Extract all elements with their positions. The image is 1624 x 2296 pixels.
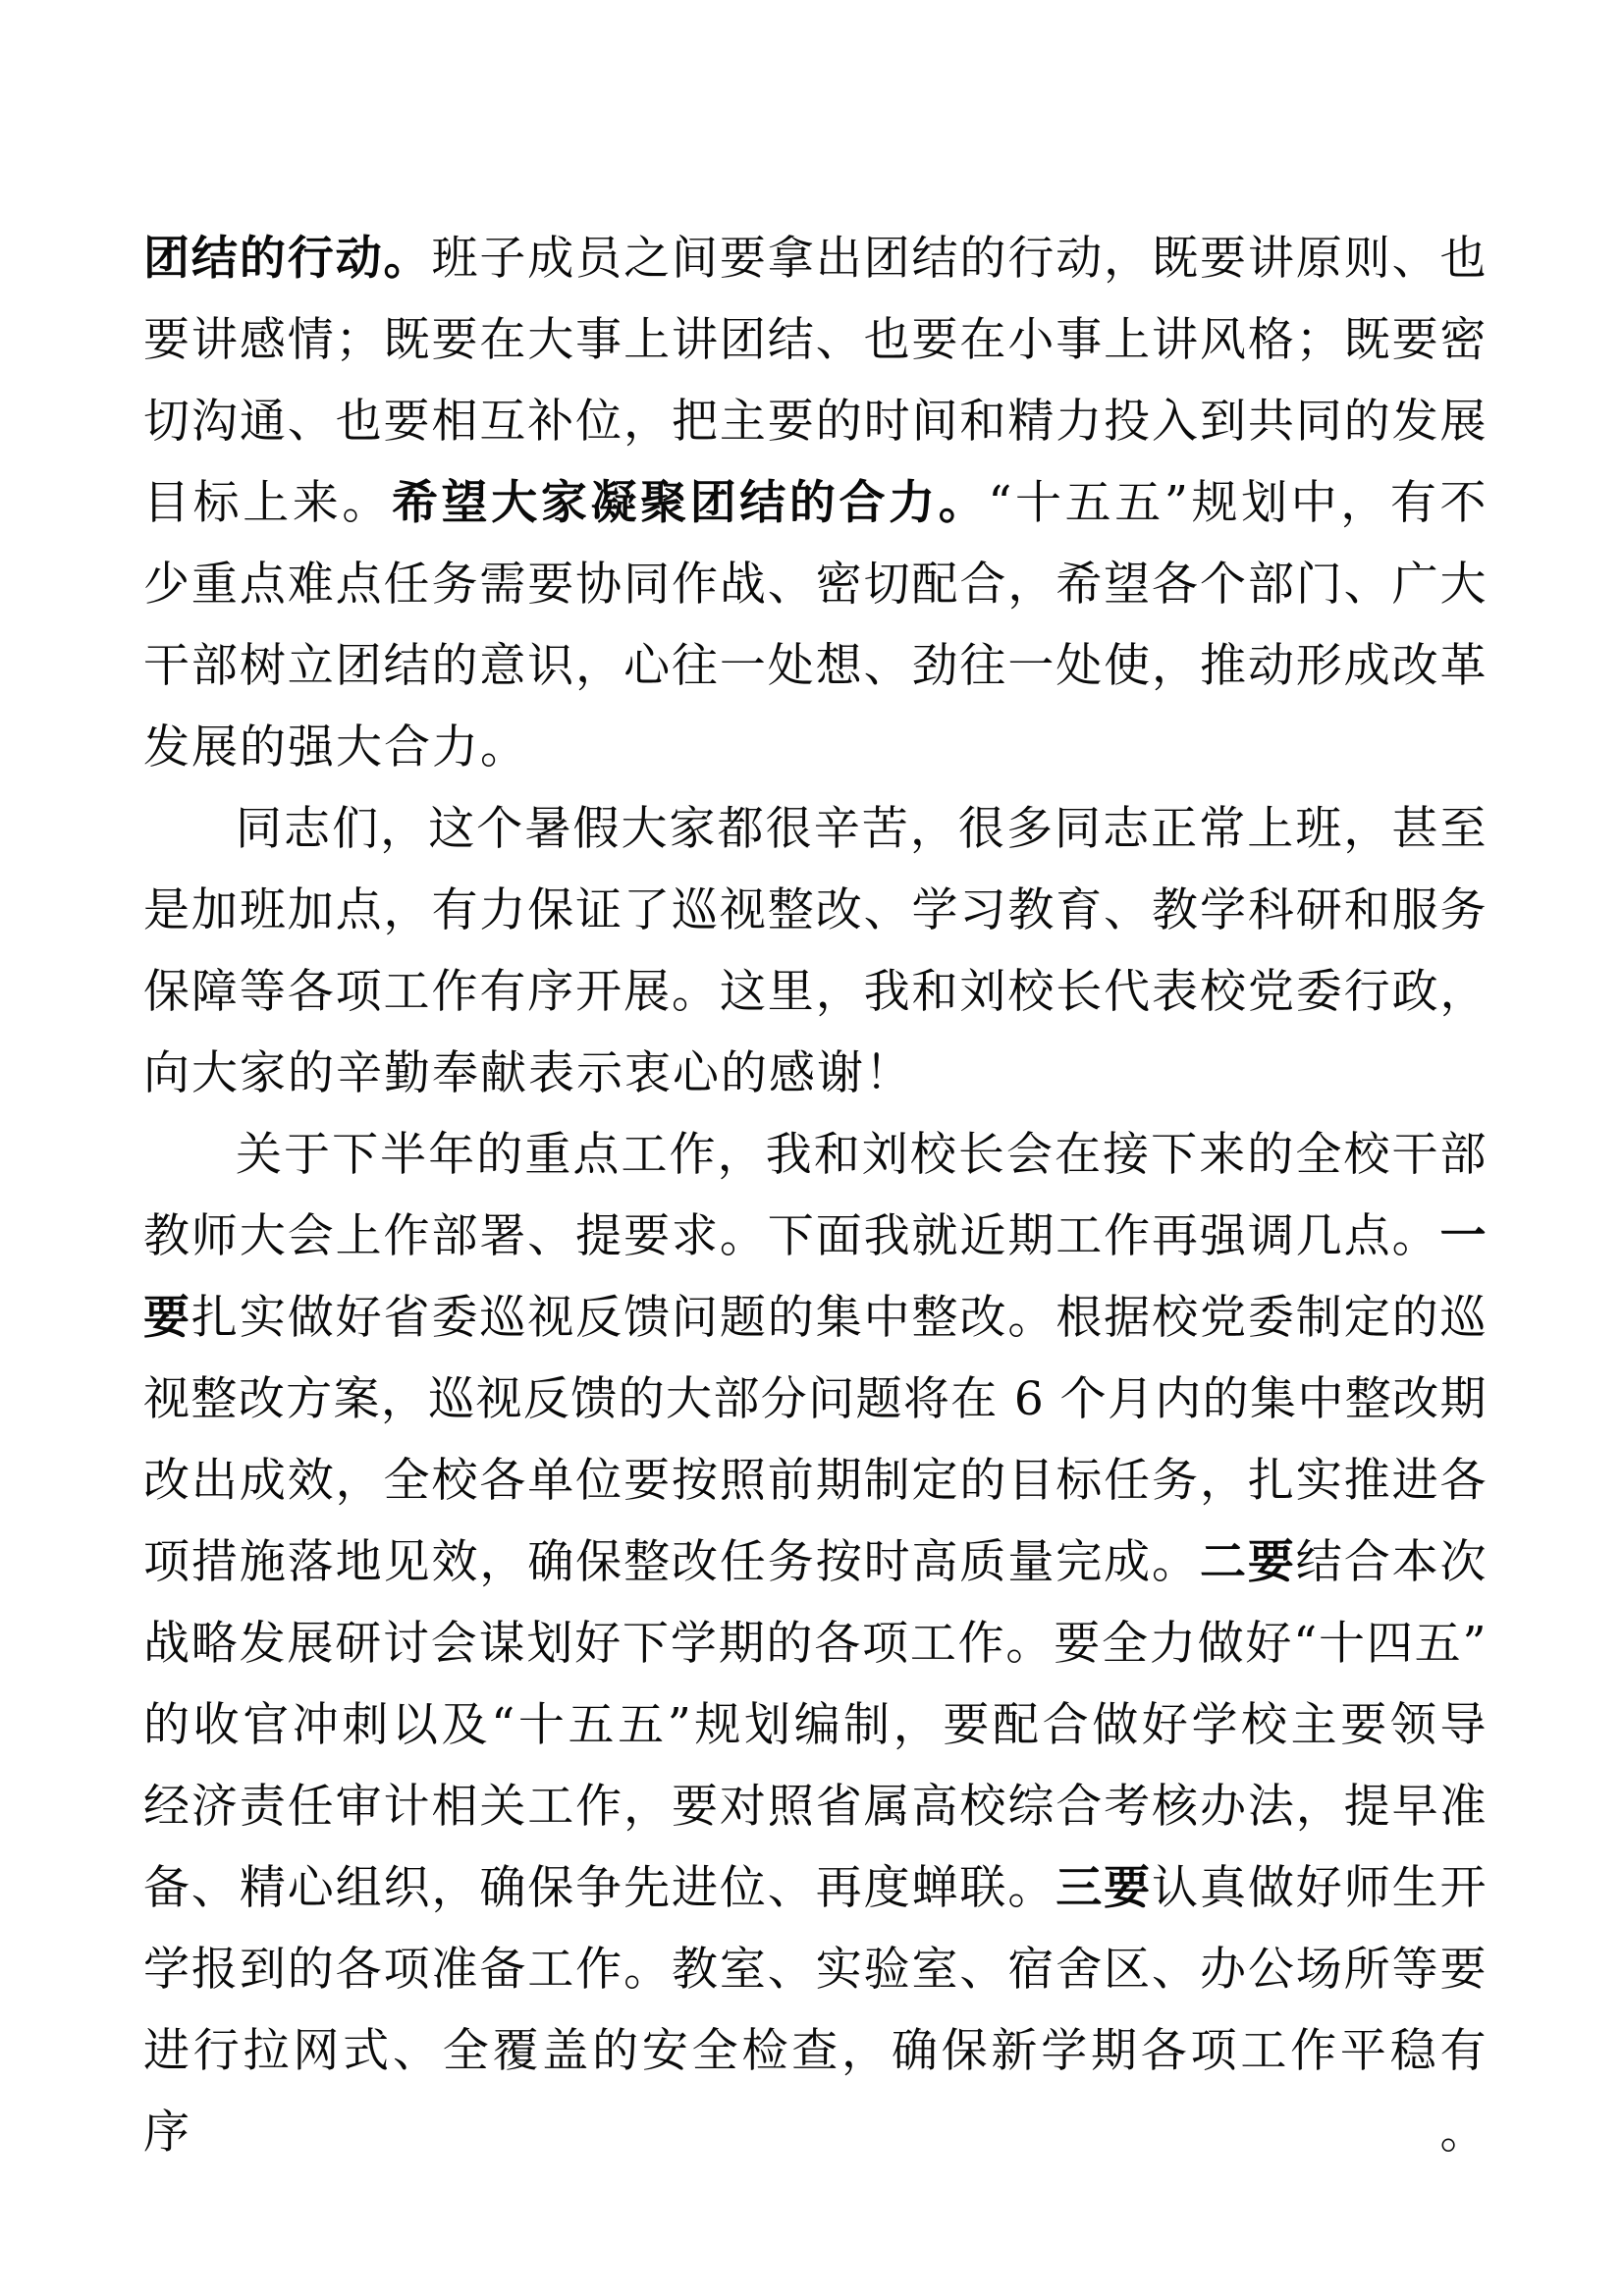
text-line: 向大家的辛勤奉献表示衷心的感谢！ (143, 1033, 1487, 1114)
text-segment: 备、精心组织，确保争先进位、再度蝉联。 (143, 1861, 1056, 1915)
text-line: 团结的行动。班子成员之间要拿出团结的行动，既要讲原则、也 (143, 218, 1487, 299)
text-segment: 战略发展研讨会谋划好下学期的各项工作。要全力做好“十四五” (143, 1617, 1487, 1671)
text-line: 的收官冲刺以及“十五五”规划编制，要配合做好学校主要领导 (143, 1684, 1487, 1766)
text-segment: 教师大会上作部署、提要求。下面我就近期工作再强调几点。 (143, 1209, 1440, 1263)
document-body: 团结的行动。班子成员之间要拿出团结的行动，既要讲原则、也要讲感情；既要在大事上讲… (143, 218, 1487, 2092)
text-segment: 结合本次 (1296, 1535, 1487, 1589)
text-line: 项措施落地见效，确保整改任务按时高质量完成。二要结合本次 (143, 1522, 1487, 1603)
text-line: 学报到的各项准备工作。教室、实验室、宿舍区、办公场所等要 (143, 1929, 1487, 2010)
text-line: 经济责任审计相关工作，要对照省属高校综合考核办法，提早准 (143, 1766, 1487, 1847)
bold-text-segment: 三要 (1056, 1861, 1152, 1915)
text-line: 目标上来。希望大家凝聚团结的合力。“十五五”规划中，有不 (143, 462, 1487, 544)
bold-text-segment: 要 (143, 1291, 191, 1345)
text-line: 战略发展研讨会谋划好下学期的各项工作。要全力做好“十四五” (143, 1603, 1487, 1684)
text-segment: 改出成效，全校各单位要按照前期制定的目标任务，扎实推进各 (143, 1454, 1487, 1508)
text-line: 关于下半年的重点工作，我和刘校长会在接下来的全校干部 (143, 1114, 1487, 1196)
text-segment: 干部树立团结的意识，心往一处想、劲往一处使，推动形成改革 (143, 639, 1487, 693)
text-segment: 发展的强大合力。 (143, 721, 528, 774)
text-segment: 向大家的辛勤奉献表示衷心的感谢！ (143, 1046, 913, 1100)
text-segment: 同志们，这个暑假大家都很辛苦，很多同志正常上班，甚至 (236, 802, 1487, 856)
text-line: 视整改方案，巡视反馈的大部分问题将在 6 个月内的集中整改期 (143, 1359, 1487, 1440)
text-segment: 保障等各项工作有序开展。这里，我和刘校长代表校党委行政， (143, 965, 1487, 1019)
text-line: 是加班加点，有力保证了巡视整改、学习教育、教学科研和服务 (143, 870, 1487, 951)
text-line: 少重点难点任务需要协同作战、密切配合，希望各个部门、广大 (143, 544, 1487, 625)
text-segment: 切沟通、也要相互补位，把主要的时间和精力投入到共同的发展 (143, 395, 1487, 449)
text-line: 切沟通、也要相互补位，把主要的时间和精力投入到共同的发展 (143, 381, 1487, 462)
text-line: 备、精心组织，确保争先进位、再度蝉联。三要认真做好师生开 (143, 1847, 1487, 1929)
text-line: 改出成效，全校各单位要按照前期制定的目标任务，扎实推进各 (143, 1440, 1487, 1522)
text-segment: 进行拉网式、全覆盖的安全检查，确保新学期各项工作平稳有序。 (143, 2024, 1487, 2160)
bold-text-segment: 一 (1440, 1209, 1488, 1263)
bold-text-segment: 希望大家凝聚团结的合力。 (392, 476, 988, 530)
text-segment: 项措施落地见效，确保整改任务按时高质量完成。 (143, 1535, 1200, 1589)
text-segment: 学报到的各项准备工作。教室、实验室、宿舍区、办公场所等要 (143, 1943, 1487, 1997)
text-line: 教师大会上作部署、提要求。下面我就近期工作再强调几点。一 (143, 1196, 1487, 1277)
text-line: 发展的强大合力。 (143, 707, 1487, 788)
text-line: 要扎实做好省委巡视反馈问题的集中整改。根据校党委制定的巡 (143, 1277, 1487, 1359)
text-segment: 班子成员之间要拿出团结的行动，既要讲原则、也 (431, 232, 1487, 286)
text-line: 干部树立团结的意识，心往一处想、劲往一处使，推动形成改革 (143, 625, 1487, 707)
text-segment: 目标上来。 (143, 476, 392, 530)
text-segment: “十五五”规划中，有不 (988, 476, 1487, 530)
bold-text-segment: 团结的行动。 (143, 232, 431, 286)
page: 团结的行动。班子成员之间要拿出团结的行动，既要讲原则、也要讲感情；既要在大事上讲… (0, 0, 1624, 2296)
text-segment: 视整改方案，巡视反馈的大部分问题将在 6 个月内的集中整改期 (143, 1372, 1487, 1426)
text-line: 进行拉网式、全覆盖的安全检查，确保新学期各项工作平稳有序。 (143, 2010, 1487, 2092)
text-segment: 少重点难点任务需要协同作战、密切配合，希望各个部门、广大 (143, 558, 1487, 612)
text-line: 同志们，这个暑假大家都很辛苦，很多同志正常上班，甚至 (143, 788, 1487, 870)
text-line: 要讲感情；既要在大事上讲团结、也要在小事上讲风格；既要密 (143, 299, 1487, 381)
text-segment: 要讲感情；既要在大事上讲团结、也要在小事上讲风格；既要密 (143, 313, 1487, 367)
text-segment: 是加班加点，有力保证了巡视整改、学习教育、教学科研和服务 (143, 883, 1487, 937)
text-segment: 的收官冲刺以及“十五五”规划编制，要配合做好学校主要领导 (143, 1698, 1487, 1752)
bold-text-segment: 二要 (1200, 1535, 1296, 1589)
text-segment: 经济责任审计相关工作，要对照省属高校综合考核办法，提早准 (143, 1780, 1487, 1834)
text-line: 保障等各项工作有序开展。这里，我和刘校长代表校党委行政， (143, 951, 1487, 1033)
text-segment: 认真做好师生开 (1152, 1861, 1487, 1915)
text-segment: 关于下半年的重点工作，我和刘校长会在接下来的全校干部 (236, 1128, 1487, 1182)
text-segment: 扎实做好省委巡视反馈问题的集中整改。根据校党委制定的巡 (191, 1291, 1487, 1345)
